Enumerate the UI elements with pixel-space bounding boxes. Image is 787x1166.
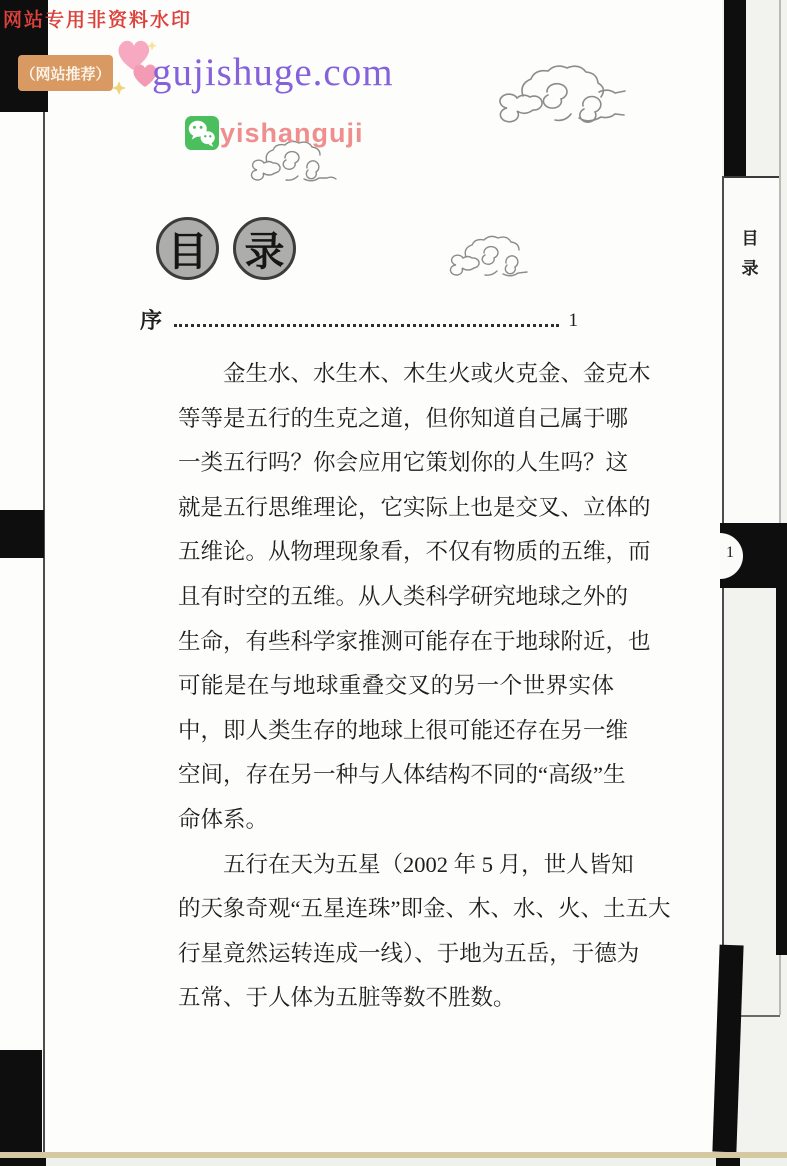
scan-edge-right-column [776,523,787,955]
preface-text: 金生水、水生木、木生火或火克金、金克木 等等是五行的生克之道，但你知道自己属于哪… [178,352,614,1021]
toc-title-seal-1: 目 [156,217,219,280]
chapter-tab-char-1: 目 [735,224,765,249]
site-recommend-badge: （网站推荐） [18,55,113,91]
watermark-notice-text: 网站专用非资料水印 [3,5,192,32]
scan-edge-bottom-left-block [0,1158,46,1166]
toc-entry-label: 序 [140,308,162,334]
site-watermark-text: gujishuge.com [152,50,394,95]
text-line: 就是五行思维理论，它实际上也是交叉、立体的 [178,486,614,531]
chapter-tab: 目 录 [724,176,779,525]
scan-edge-bottom-right-block [716,1158,740,1166]
text-line: 中，即人类生存的地球上很可能还存在另一维 [178,709,614,754]
toc-dotted-leader [174,324,558,327]
toc-title: 目 录 [156,217,296,280]
scan-edge-left-bottom [0,1050,42,1152]
text-line: 命体系。 [178,798,614,843]
text-line: 五常、于人体为五脏等数不胜数。 [178,976,614,1021]
toc-title-seal-2: 录 [233,217,296,280]
text-line: 五行在天为五星（2002 年 5 月，世人皆知 [178,843,614,888]
text-line: 金生水、水生木、木生火或火克金、金克木 [178,352,614,397]
cloud-art-icon [487,62,637,135]
wechat-watermark-text: yishanguji [220,118,364,149]
wechat-icon [185,116,219,155]
cloud-art-icon [440,232,545,285]
page-number-tab: 1 [720,523,783,588]
scanned-book-page: 目 录 1 网站专用非资料水印 （网站推荐） gujishuge.com [0,0,787,1166]
scan-edge-left-middle [0,510,44,558]
page-number-tab-value: 1 [726,544,734,562]
text-line: 行星竟然运转连成一线）、于地为五岳，于德为 [178,932,614,977]
toc-entry-page: 1 [569,308,579,334]
text-line: 生命，有些科学家推测可能存在于地球附近，也 [178,620,614,665]
scan-edge-top-right [724,0,746,176]
text-line: 空间，存在另一种与人体结构不同的“高级”生 [178,753,614,798]
toc-entry-row: 序 1 [140,308,578,334]
text-line: 五维论。从物理现象看，不仅有物质的五维，而 [178,530,614,575]
text-line: 且有时空的五维。从人类科学研究地球之外的 [178,575,614,620]
page-edge-line-left [43,112,45,1152]
text-line: 一类五行吗？你会应用它策划你的人生吗？这 [178,441,614,486]
chapter-tab-char-2: 录 [735,254,765,279]
text-line: 的天象奇观“五星连珠”即金、木、水、火、土五大 [178,887,614,932]
text-line: 可能是在与地球重叠交叉的另一个世界实体 [178,664,614,709]
text-line: 等等是五行的生克之道，但你知道自己属于哪 [178,397,614,442]
scan-bottom-background [0,1158,787,1166]
